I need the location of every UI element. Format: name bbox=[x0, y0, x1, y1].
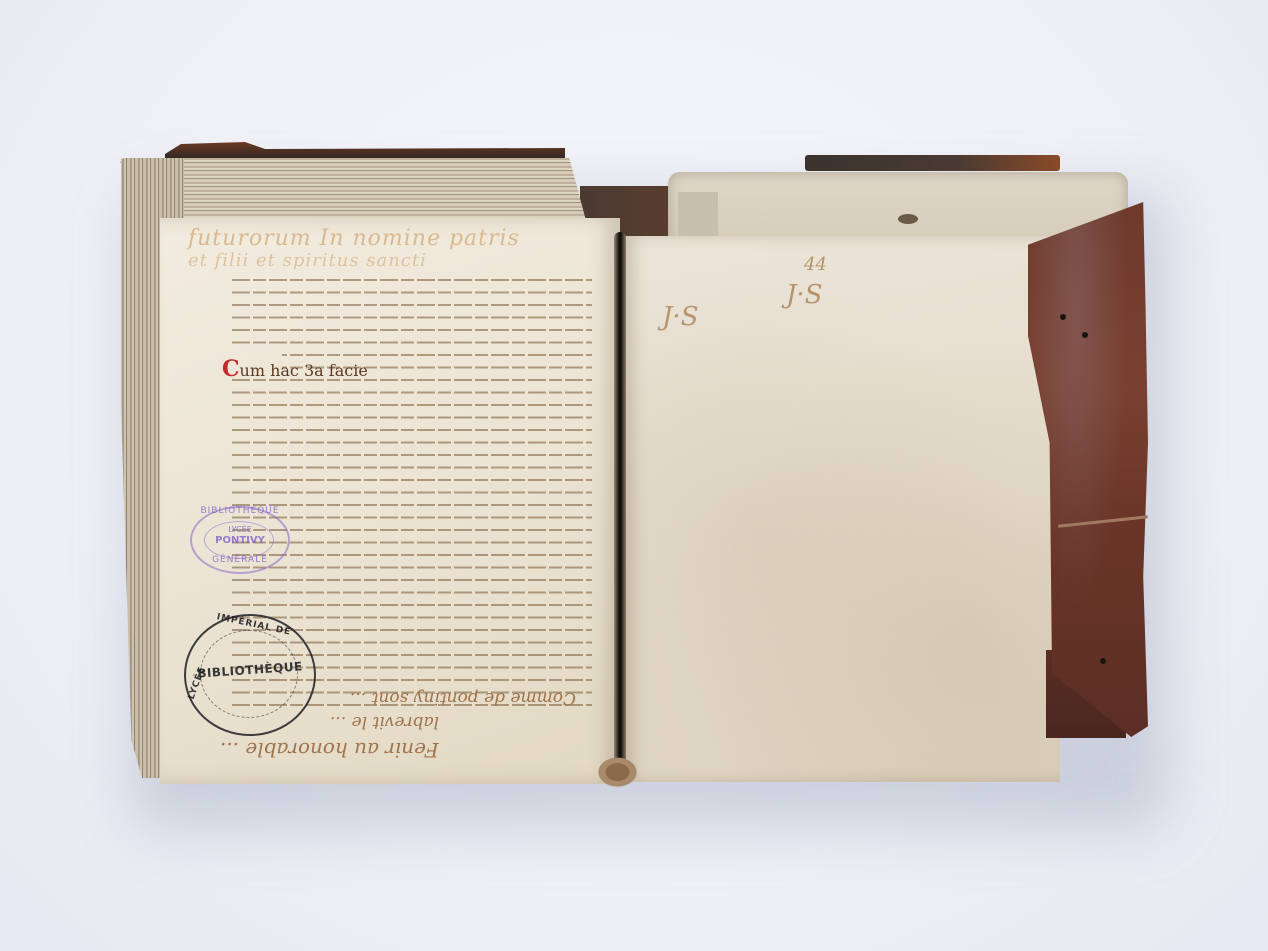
stamp-purple-bottom-text: GÉNÉRALE bbox=[192, 555, 288, 565]
library-stamp-purple: BIBLIOTHÈQUE LYCÉE PONTIVY GÉNÉRALE bbox=[190, 506, 290, 574]
binding-thread bbox=[590, 755, 640, 793]
stamp-purple-line-2: PONTIVY bbox=[192, 535, 288, 546]
front-cover-leather-top bbox=[805, 155, 1060, 171]
rubric-initial: C bbox=[222, 356, 240, 382]
flyleaf-mark-1: J·S bbox=[662, 302, 699, 332]
flyleaf-mark-2: J·S bbox=[786, 280, 823, 310]
footer-inverted-line-2: labrevit le ... bbox=[330, 712, 439, 732]
footer-inverted-line-1: Comme de pontiny sont ... bbox=[350, 688, 576, 708]
pastedown-hole bbox=[898, 214, 918, 224]
footer-inverted-line-3: Fenir au honorable ... bbox=[220, 738, 439, 762]
heading-line-2: et filii et spiritus sancti bbox=[188, 250, 427, 271]
stamp-purple-line-1: LYCÉE bbox=[192, 525, 288, 534]
flyleaf-mark-3: 44 bbox=[804, 254, 827, 275]
rubric-text: um hac 3a facie bbox=[240, 361, 368, 380]
left-page: futurorum In nomine patris et filii et s… bbox=[160, 218, 620, 784]
library-stamp-black: IMPÉRIAL DE LYCÉE BIBLIOTHÈQUE bbox=[184, 614, 316, 736]
heading-line-1: futurorum In nomine patris bbox=[188, 226, 520, 251]
leather-wormhole bbox=[1082, 332, 1088, 338]
leather-wormhole bbox=[1100, 658, 1106, 664]
stamp-purple-outer-text: BIBLIOTHÈQUE bbox=[192, 506, 288, 516]
book-gutter bbox=[614, 232, 626, 772]
right-flyleaf: J·S J·S 44 bbox=[624, 236, 1060, 782]
leather-wormhole bbox=[1060, 314, 1066, 320]
rubric-line: Cum hac 3a facie bbox=[222, 356, 368, 382]
